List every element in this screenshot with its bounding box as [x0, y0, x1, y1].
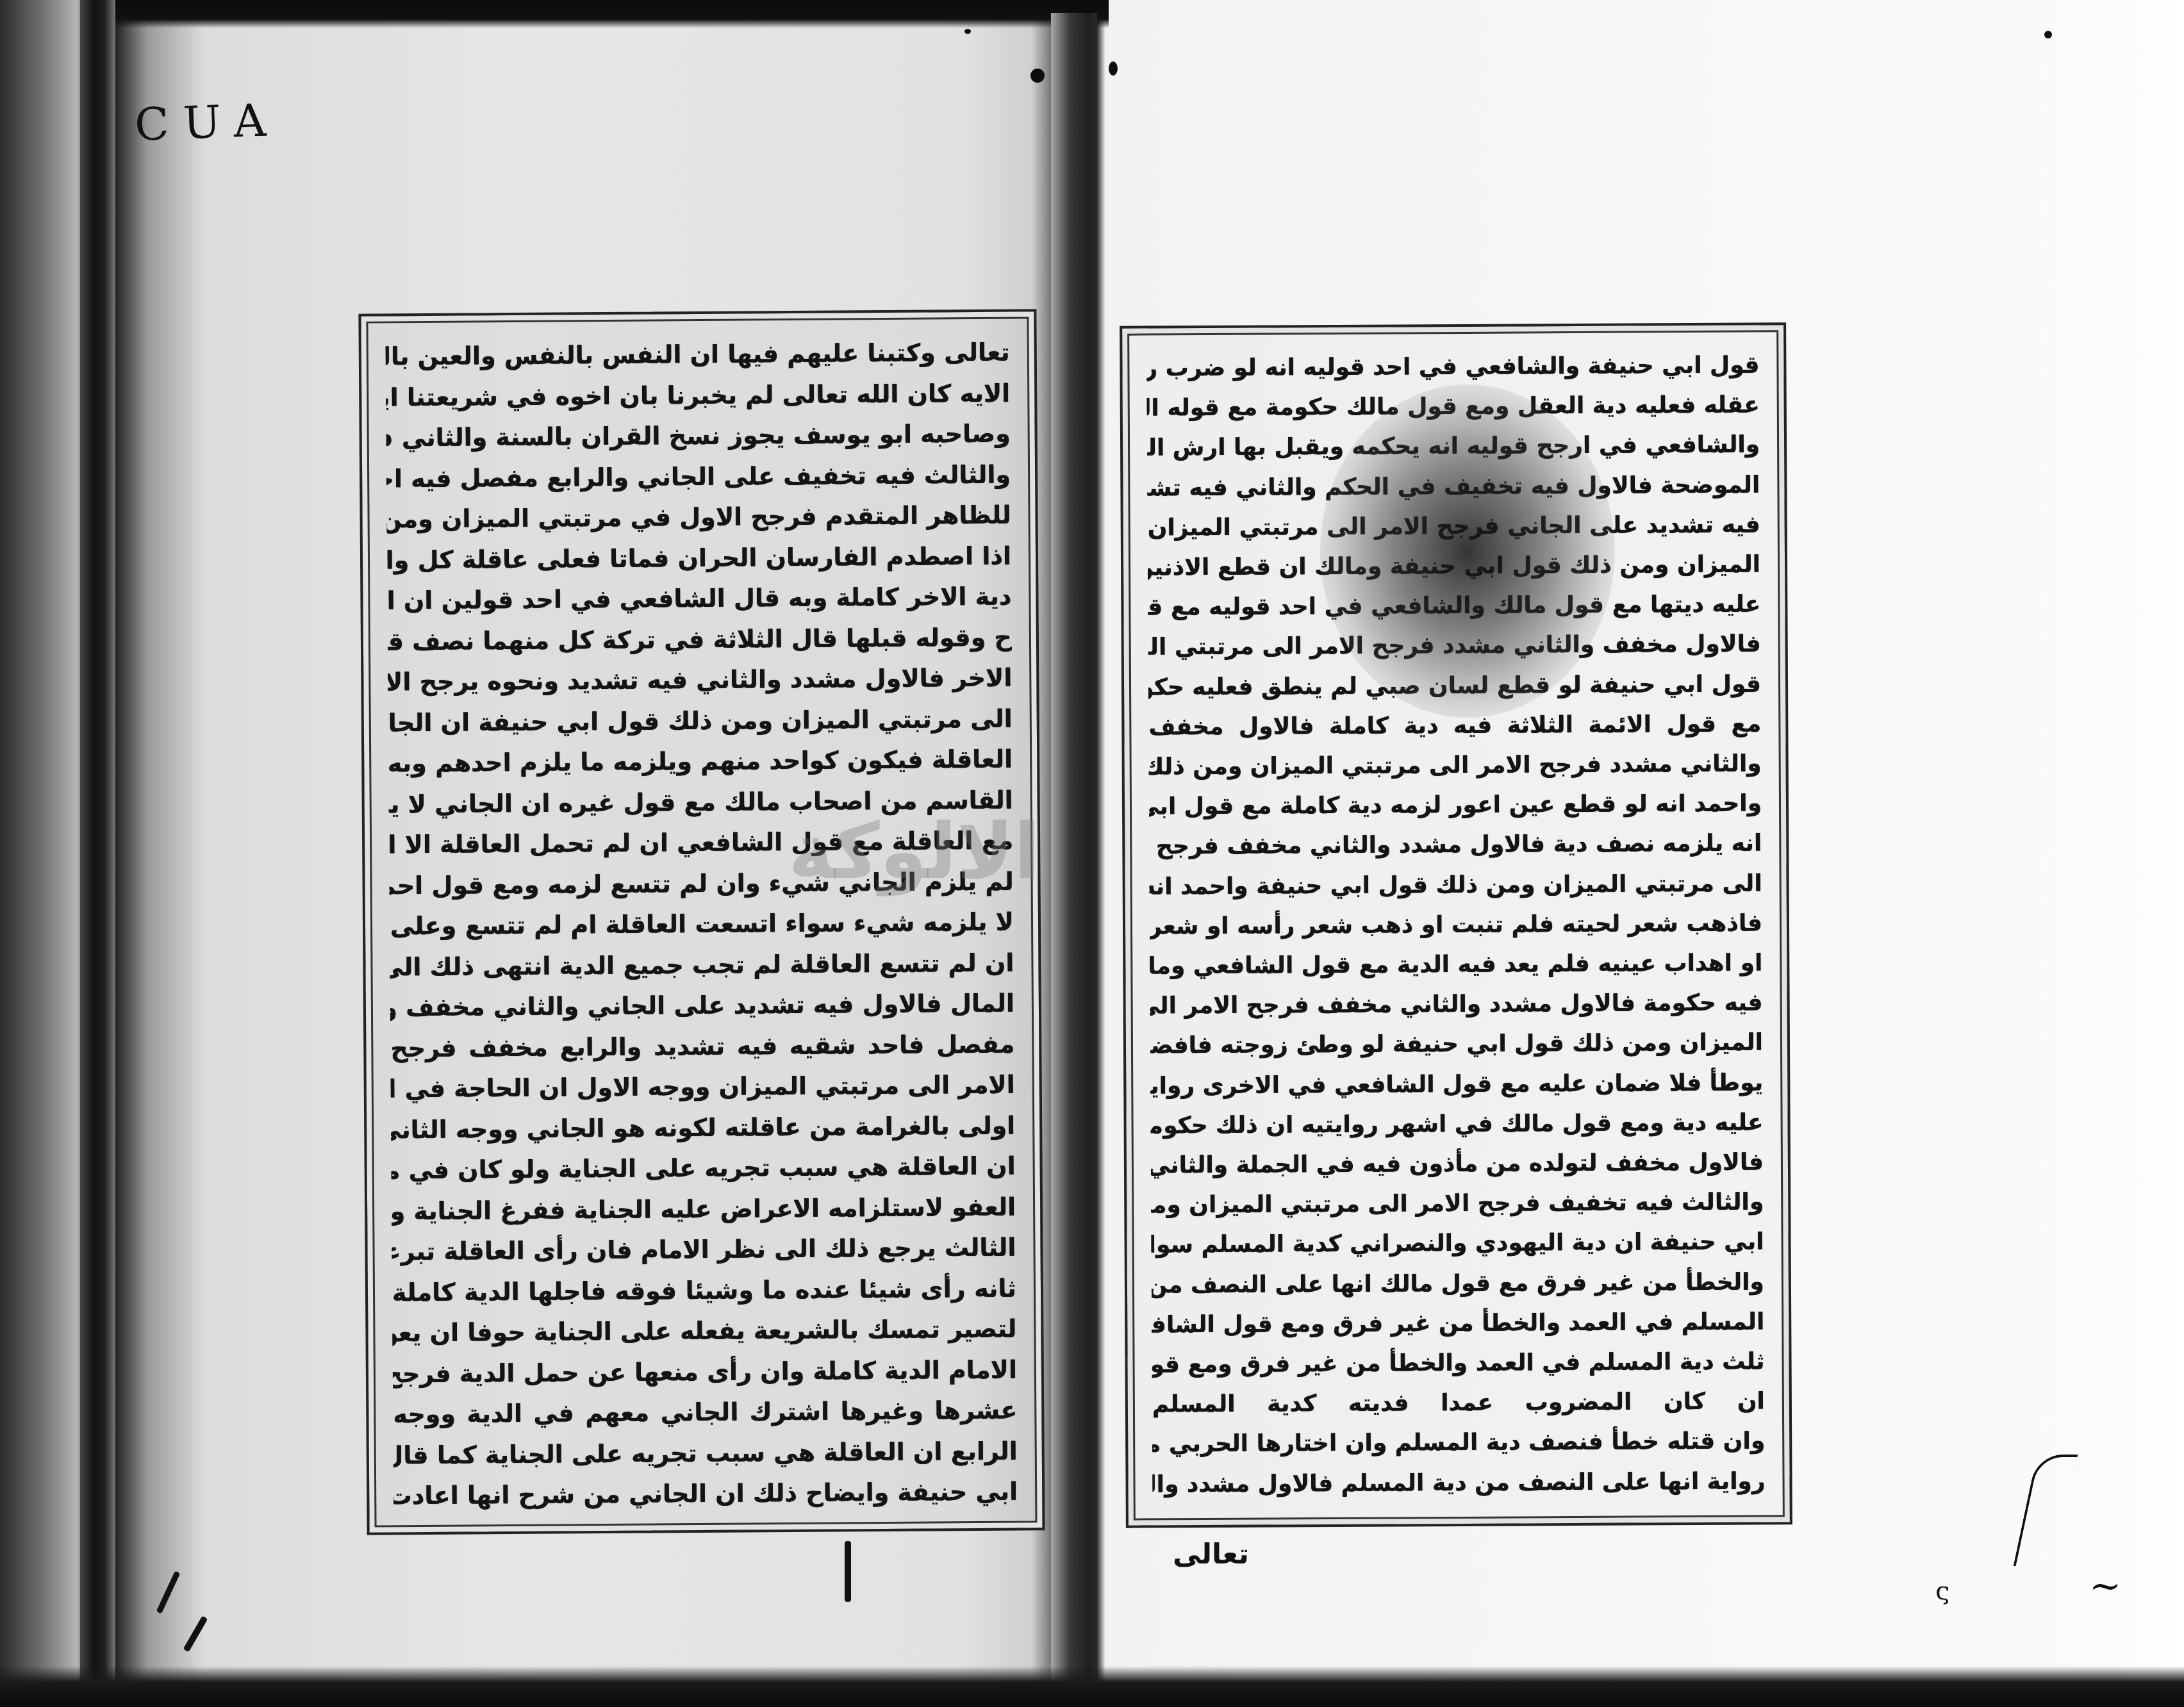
text-line: الموضحة فالاول فيه تخفيف في الحكم والثان… — [1147, 465, 1760, 508]
text-line: وصاحبه ابو يوسف يجوز نسخ القران بالسنة و… — [386, 414, 1010, 459]
text-line: الى مرتبتي الميزان ومن ذلك قول ابي حنيفة… — [1150, 864, 1762, 907]
ink-speck — [2044, 31, 2052, 38]
text-line: او اهداب عينيه فلم يعد فيه الدية مع قول … — [1150, 944, 1762, 987]
text-line: الثالث يرجع ذلك الى نظر الامام فان رأى ا… — [392, 1228, 1016, 1273]
text-line: لا يلزمه شيء سواء اتسعت العاقلة ام لم تت… — [390, 902, 1014, 947]
text-line: ان كان المضروب عمدا فديته كدية المسلم — [1152, 1382, 1765, 1425]
text-line: فيه تشديد على الجاني فرجح الامر الى مرتب… — [1148, 505, 1760, 548]
manuscript-scan: CUA تعالى وكتبنا عليهم فيها ان النفس بال… — [0, 0, 2184, 1707]
text-line: فالاول مخفف والثاني مشدد فرجح الامر الى … — [1148, 625, 1761, 668]
text-line: الى مرتبتي الميزان ومن ذلك قول ابي حنيفة… — [388, 698, 1013, 743]
bottom-shadow-band — [0, 1666, 2184, 1707]
text-line: مفصل فاحد شقيه فيه تشديد والرابع مخفف فر… — [390, 1024, 1014, 1069]
text-line: القاسم من اصحاب مالك مع قول غيره ان الجا… — [388, 780, 1013, 825]
text-line: الميزان ومن ذلك قول ابي حنيفة ومالك ان ق… — [1148, 545, 1760, 588]
text-line: تعالى وكتبنا عليهم فيها ان النفس بالنفس … — [386, 333, 1010, 377]
text-line: عشرها وغيرها اشترك الجاني معهم في الدية … — [393, 1390, 1017, 1435]
text-line: لم يلزم الجاني شيء وان لم تتسع لزمه ومع … — [389, 861, 1013, 906]
left-page-text-frame: تعالى وكتبنا عليهم فيها ان النفس بالنفس … — [358, 309, 1045, 1535]
text-line: قول ابي حنيفة لو قطع لسان صبي لم ينطق فع… — [1148, 664, 1761, 707]
text-line: دية الاخر كاملة وبه قال الشافعي في احد ق… — [387, 577, 1011, 622]
right-page-text-frame: قول ابي حنيفة والشافعي في احد قوليه انه … — [1120, 322, 1792, 1528]
text-line: مع العاقلة مع قول الشافعي ان لم تحمل الع… — [389, 821, 1013, 866]
text-line: ابي حنيفة وايضاح ذلك ان الجاني من شرح ان… — [393, 1472, 1018, 1517]
text-line: ان لم تتسع العاقلة لم تجب جميع الدية انت… — [390, 943, 1014, 987]
text-line: والثاني مشدد فرجح الامر الى مرتبتي الميز… — [1149, 745, 1762, 788]
text-line: انه يلزمه نصف دية فالاول مشدد والثاني مخ… — [1149, 824, 1762, 867]
text-line: العفو لاستلزامه الاعراض عليه الجناية ففر… — [392, 1187, 1016, 1232]
text-line: العاقلة فيكون كواحد منهم ويلزمه ما يلزم … — [388, 739, 1013, 784]
text-line: الايه كان الله تعالى لم يخبرنا بان اخوه … — [386, 373, 1010, 418]
margin-scribble: ~ — [2089, 1563, 2121, 1608]
text-line: والخطأ من غير فرق مع قول مالك انها على ا… — [1152, 1262, 1764, 1305]
right-page-text: قول ابي حنيفة والشافعي في احد قوليه انه … — [1146, 346, 1765, 1505]
text-line: الميزان ومن ذلك قول ابي حنيفة لو وطئ زوج… — [1150, 1023, 1763, 1066]
text-line: ح وقوله قبلها قال الثلاثة في تركة كل منه… — [388, 617, 1012, 662]
ink-speck — [964, 29, 971, 34]
text-line: الرابع ان العاقلة هي سبب تجريه على الجنا… — [393, 1431, 1018, 1476]
margin-scribble: ς — [1935, 1576, 1949, 1606]
text-line: قول ابي حنيفة والشافعي في احد قوليه انه … — [1146, 346, 1759, 389]
text-line: الامام الدية كاملة وان رأى منعها عن حمل … — [393, 1349, 1017, 1394]
top-shadow-band — [83, 0, 1109, 28]
catalog-mark: CUA — [134, 94, 281, 151]
text-line: اولى بالغرامة من عاقلته لكونه هو الجاني … — [391, 1105, 1015, 1150]
text-line: الاخر فالاول مشدد والثاني فيه تشديد ونحو… — [388, 658, 1012, 703]
left-book-edge — [80, 0, 115, 1692]
catchword: تعالى — [1173, 1538, 1249, 1571]
book-gutter — [1051, 13, 1097, 1692]
text-line: اذا اصطدم الفارسان الحران فماتا فعلى عاق… — [387, 536, 1011, 581]
text-line: ان العاقلة هي سبب تجريه على الجناية ولو … — [391, 1146, 1015, 1191]
text-line: رواية انها على النصف من دية المسلم فالاو… — [1152, 1462, 1765, 1505]
ink-stroke — [156, 1571, 181, 1613]
text-line: والشافعي في ارجح قوليه انه يحكمه ويقبل ب… — [1147, 425, 1760, 468]
text-line: المسلم في العمد والخطأ من غير فرق ومع قو… — [1152, 1302, 1764, 1345]
text-line: فيه حكومة فالاول مشدد والثاني مخفف فرجح … — [1150, 984, 1762, 1027]
text-line: واحمد انه لو قطع عين اعور لزمه دية كاملة… — [1149, 784, 1762, 827]
binding-hole — [1109, 62, 1118, 76]
text-line: ثانه رأى شيئا عنده ما وشيئا فوقه فاجلها … — [392, 1268, 1016, 1313]
text-line: للظاهر المتقدم فرجح الاول في مرتبتي المي… — [386, 495, 1011, 540]
text-line: يوطأ فلا ضمان عليه مع قول الشافعي في الا… — [1150, 1063, 1763, 1106]
ink-stroke — [845, 1541, 851, 1602]
text-line: المال فالاول فيه تشديد على الجاني والثان… — [390, 984, 1014, 1028]
text-line: ثلث دية المسلم في العمد والخطأ من غير فر… — [1152, 1342, 1764, 1385]
left-page-text: تعالى وكتبنا عليهم فيها ان النفس بالنفس … — [386, 333, 1018, 1517]
text-line: الامر الى مرتبتي الميزان ووجه الاول ان ا… — [391, 1065, 1015, 1110]
ink-curve — [2014, 1455, 2078, 1566]
text-line: ابي حنيفة ان دية اليهودي والنصراني كدية … — [1151, 1223, 1764, 1266]
text-line: وان قتله خطأ فنصف دية المسلم وان اختارها… — [1152, 1422, 1765, 1465]
text-line: عليه ديتها مع قول مالك والشافعي في احد ق… — [1148, 585, 1760, 628]
text-line: عليه دية ومع قول مالك في اشهر روايتيه ان… — [1150, 1103, 1763, 1146]
text-line: والثالث فيه تخفيف على الجاني والرابع مفص… — [386, 454, 1011, 499]
text-line: لتصير تمسك بالشريعة يفعله على الجناية حو… — [392, 1309, 1016, 1354]
text-line: مع قول الائمة الثلاثة فيه دية كاملة فالا… — [1148, 704, 1761, 747]
text-line: فالاول مخفف لتولده من مأذون فيه في الجمل… — [1151, 1143, 1764, 1186]
binding-hole — [1030, 69, 1045, 83]
ink-stroke — [183, 1616, 208, 1653]
text-line: عقله فعليه دية العقل ومع قول مالك حكومة … — [1147, 386, 1760, 429]
text-line: والثالث فيه تخفيف فرجح الامر الى مرتبتي … — [1151, 1183, 1764, 1226]
text-line: فاذهب شعر لحيته فلم تنبت او ذهب شعر رأسه… — [1150, 903, 1762, 946]
